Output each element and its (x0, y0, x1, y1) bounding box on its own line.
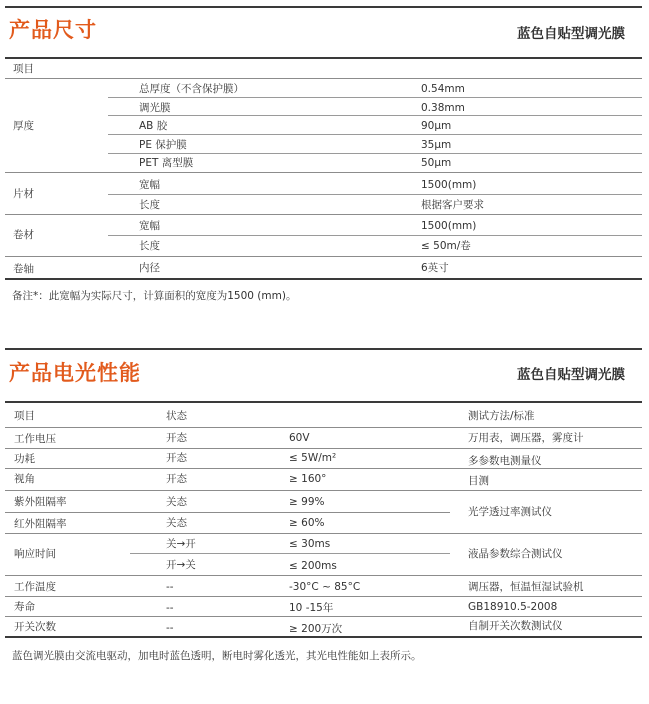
row-name: AB 胶 (139, 119, 167, 133)
row-value: 10 -15年 (289, 601, 333, 615)
performance-note: 蓝色调光膜由交流电驱动，加电时蓝色透明，断电时雾化透光，其光电性能如上表所示。 (12, 648, 422, 663)
row-divider (5, 512, 450, 513)
row-value: 35μm (421, 138, 451, 152)
top-divider (5, 6, 642, 8)
row-value: ≤ 200ms (289, 559, 337, 573)
group-divider (5, 256, 642, 257)
row-subdivider (130, 553, 450, 554)
section-title: 产品尺寸 (9, 14, 97, 44)
header-method: 测试方法/标准 (468, 409, 535, 423)
section-divider (5, 348, 642, 350)
row-value: ≥ 60% (289, 516, 324, 530)
group-divider (5, 214, 642, 215)
row-state: 开态 (166, 431, 187, 445)
row-divider (5, 596, 642, 597)
row-value: 根据客户要求 (421, 198, 484, 212)
row-value: 0.38mm (421, 101, 465, 115)
row-value: ≤ 5W/m² (289, 451, 336, 465)
table-bottom-border (5, 278, 642, 280)
row-item: 工作温度 (14, 580, 56, 594)
row-item: 功耗 (14, 452, 35, 466)
group-label-core: 卷轴 (13, 262, 34, 276)
row-state: 关→开 (166, 537, 196, 551)
header-divider (5, 427, 642, 428)
row-divider (5, 468, 642, 469)
header-item: 项目 (13, 62, 34, 76)
row-value: ≤ 50m/卷 (421, 239, 471, 253)
row-divider (108, 235, 642, 236)
row-state: -- (166, 601, 174, 615)
row-item: 紫外阻隔率 (14, 495, 67, 509)
header-divider (5, 78, 642, 79)
row-method: 多参数电测量仪 (468, 454, 542, 468)
row-name: 总厚度（不含保护膜） (139, 82, 244, 96)
row-divider (108, 134, 642, 135)
row-state: 开态 (166, 472, 187, 486)
row-method: 调压器，恒温恒湿试验机 (468, 580, 584, 594)
product-name: 蓝色自贴型调光膜 (517, 363, 625, 383)
row-state: 关态 (166, 495, 187, 509)
row-divider (108, 153, 642, 154)
row-value: ≥ 99% (289, 495, 324, 509)
row-value: ≥ 160° (289, 472, 326, 486)
row-method: 自制开关次数测试仪 (468, 619, 563, 633)
row-divider (5, 533, 642, 534)
section-title: 产品电光性能 (9, 357, 141, 387)
row-state: -- (166, 580, 174, 594)
header-item: 项目 (14, 409, 35, 423)
row-divider (5, 616, 642, 617)
row-value: -30°C ~ 85°C (289, 580, 360, 594)
row-method: 目测 (468, 474, 489, 488)
row-value: ≥ 200万次 (289, 622, 342, 636)
row-value: ≤ 30ms (289, 537, 330, 551)
row-state: 关态 (166, 516, 187, 530)
merged-method-optical: 光学透过率测试仪 (468, 505, 552, 519)
row-name: 调光膜 (139, 101, 171, 115)
row-value: 50μm (421, 156, 451, 170)
table-bottom-border (5, 636, 642, 638)
row-method: 万用表，调压器，雾度计 (468, 431, 584, 445)
row-state: 开态 (166, 451, 187, 465)
row-divider (108, 97, 642, 98)
row-value: 6英寸 (421, 261, 449, 275)
size-note: 备注*：此宽幅为实际尺寸，计算面积的宽度为1500 (mm)。 (12, 288, 296, 303)
row-name: PET 离型膜 (139, 156, 193, 170)
row-name: 宽幅 (139, 178, 160, 192)
row-state: -- (166, 621, 174, 635)
group-divider (5, 172, 642, 173)
row-item: 红外阻隔率 (14, 517, 67, 531)
group-label-roll: 卷材 (13, 228, 34, 242)
row-item: 响应时间 (14, 547, 56, 561)
product-name: 蓝色自贴型调光膜 (517, 22, 625, 42)
group-label-sheet: 片材 (13, 187, 34, 201)
row-method: GB18910.5-2008 (468, 600, 557, 614)
group-label-thickness: 厚度 (13, 119, 34, 133)
row-divider (108, 194, 642, 195)
row-name: 内径 (139, 261, 160, 275)
row-value: 90μm (421, 119, 451, 133)
row-name: 长度 (139, 239, 160, 253)
row-name: 宽幅 (139, 219, 160, 233)
row-item: 视角 (14, 472, 35, 486)
row-item: 工作电压 (14, 432, 56, 446)
header-state: 状态 (166, 409, 187, 423)
row-item: 开关次数 (14, 620, 56, 634)
row-divider (108, 115, 642, 116)
row-name: PE 保护膜 (139, 138, 187, 152)
row-item: 寿命 (14, 600, 35, 614)
row-value: 1500(mm) (421, 178, 476, 192)
table-top-border (5, 57, 642, 59)
row-value: 1500(mm) (421, 219, 476, 233)
row-divider (5, 490, 642, 491)
row-divider (5, 575, 642, 576)
table-top-border (5, 401, 642, 403)
row-state: 开→关 (166, 558, 196, 572)
row-value: 0.54mm (421, 82, 465, 96)
merged-method-response: 液晶参数综合测试仪 (468, 547, 563, 561)
row-value: 60V (289, 431, 310, 445)
row-name: 长度 (139, 198, 160, 212)
row-divider (5, 448, 642, 449)
